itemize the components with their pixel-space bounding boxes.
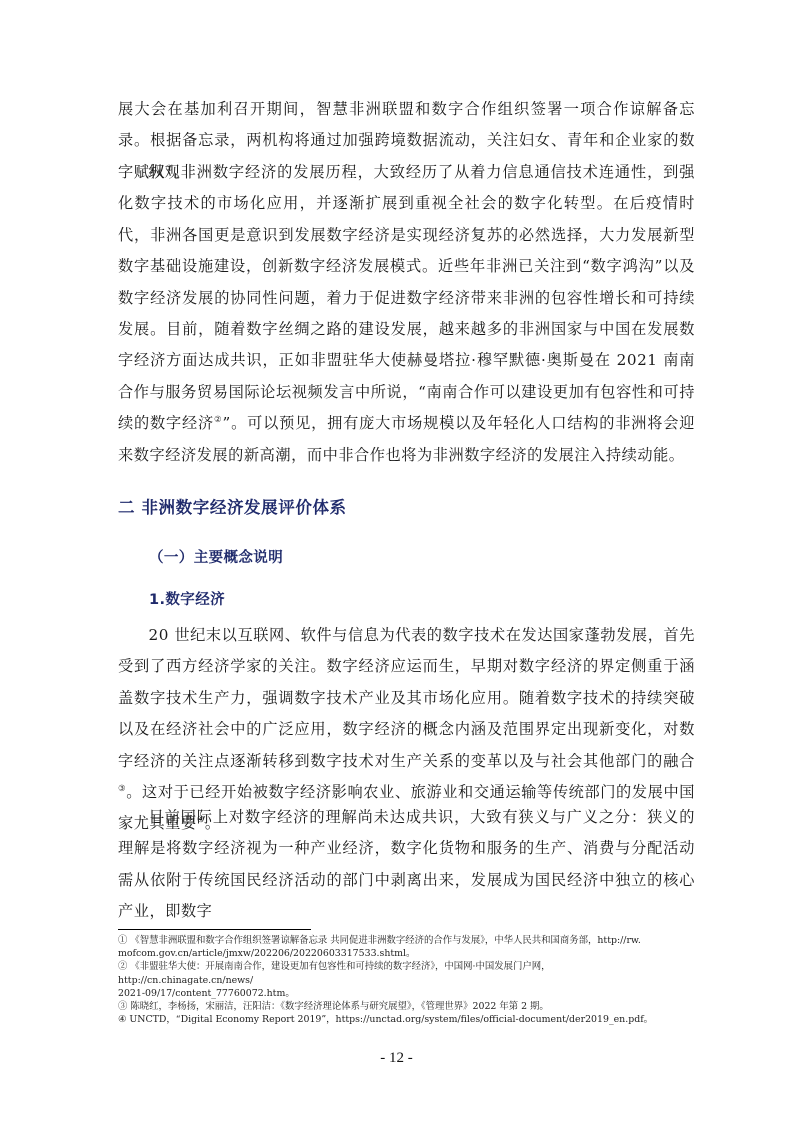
page-number: - 12 -	[0, 1050, 793, 1067]
footnote-ref-3[interactable]: ③	[118, 784, 126, 794]
subsubsection-heading: 1.数字经济	[149, 588, 225, 609]
footnote-2-line-3-link[interactable]: 2021-09/17/content_77760072.htm。	[118, 987, 698, 1000]
footnote-ref-2[interactable]: ②	[214, 415, 222, 425]
footnote-4[interactable]: ④ UNCTD，“Digital Economy Report 2019”，ht…	[118, 1013, 698, 1026]
footnote-1-line-2-link[interactable]: mofcom.gov.cn/article/jmxw/202206/202206…	[118, 947, 698, 960]
footnote-2-line-2-link[interactable]: http://cn.chinagate.cn/news/	[118, 974, 698, 987]
paragraph-text: 20 世纪末以互联网、软件与信息为代表的数字技术在发达国家蓬勃发展，首先受到了西…	[118, 626, 695, 770]
paragraph-africa-digital-history: 纵观非洲数字经济的发展历程，大致经历了从着力信息通信技术连通性，到强化数字技术的…	[118, 157, 695, 471]
subsection-heading: （一）主要概念说明	[149, 546, 283, 567]
footnote-1-line-1: ① 《智慧非洲联盟和数字合作组织签署谅解备忘录 共同促进非洲数字经济的合作与发展…	[118, 934, 698, 947]
footnotes-list: ① 《智慧非洲联盟和数字合作组织签署谅解备忘录 共同促进非洲数字经济的合作与发展…	[118, 934, 698, 1026]
footnote-separator	[118, 929, 311, 930]
paragraph-text: 目前国际上对数字经济的理解尚未达成共识，大致有狭义与广义之分：狭义的理解是将数字…	[118, 808, 695, 920]
section-heading: 二 非洲数字经济发展评价体系	[118, 494, 347, 518]
footnote-2-line-1: ② 《非盟驻华大使：开展南南合作，建设更加有包容性和可持续的数字经济》，中国网·…	[118, 960, 698, 973]
paragraph-text: 纵观非洲数字经济的发展历程，大致经历了从着力信息通信技术连通性，到强化数字技术的…	[118, 163, 695, 432]
paragraph-narrow-broad-definition: 目前国际上对数字经济的理解尚未达成共识，大致有狭义与广义之分：狭义的理解是将数字…	[118, 802, 695, 928]
footnote-3: ③ 陈晓红，李杨扬，宋丽洁，汪阳洁：《数字经济理论体系与研究展望》，《管理世界》…	[118, 1000, 698, 1013]
document-page: 展大会在基加利召开期间，智慧非洲联盟和数字合作组织签署一项合作谅解备忘录。根据备…	[0, 0, 793, 1122]
